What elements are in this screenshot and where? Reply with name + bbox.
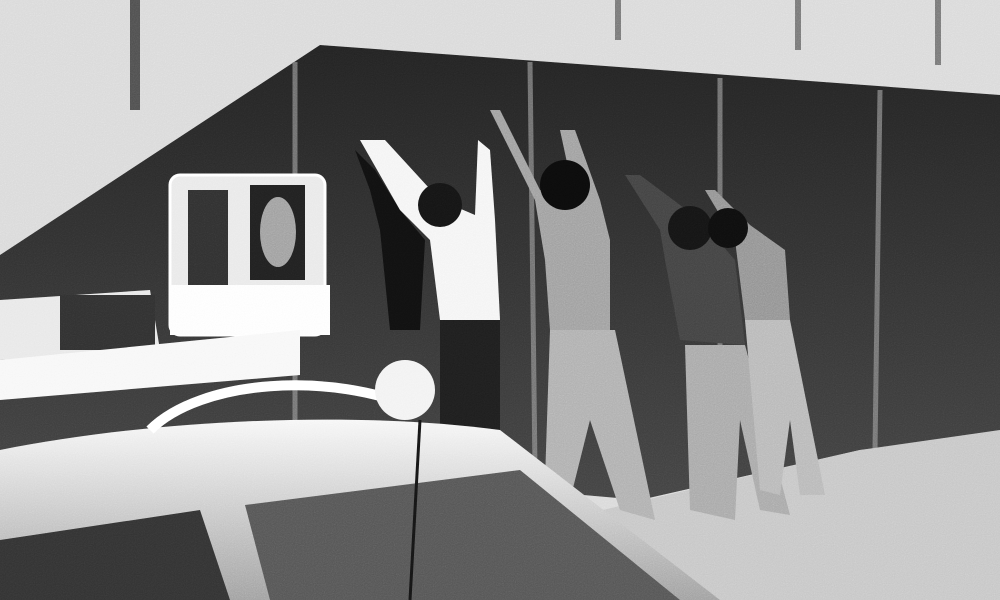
photo-scene — [0, 0, 1000, 600]
news-photograph: Grainy black-and-white photograph of fou… — [0, 0, 1000, 600]
police-light-bar — [170, 175, 330, 335]
